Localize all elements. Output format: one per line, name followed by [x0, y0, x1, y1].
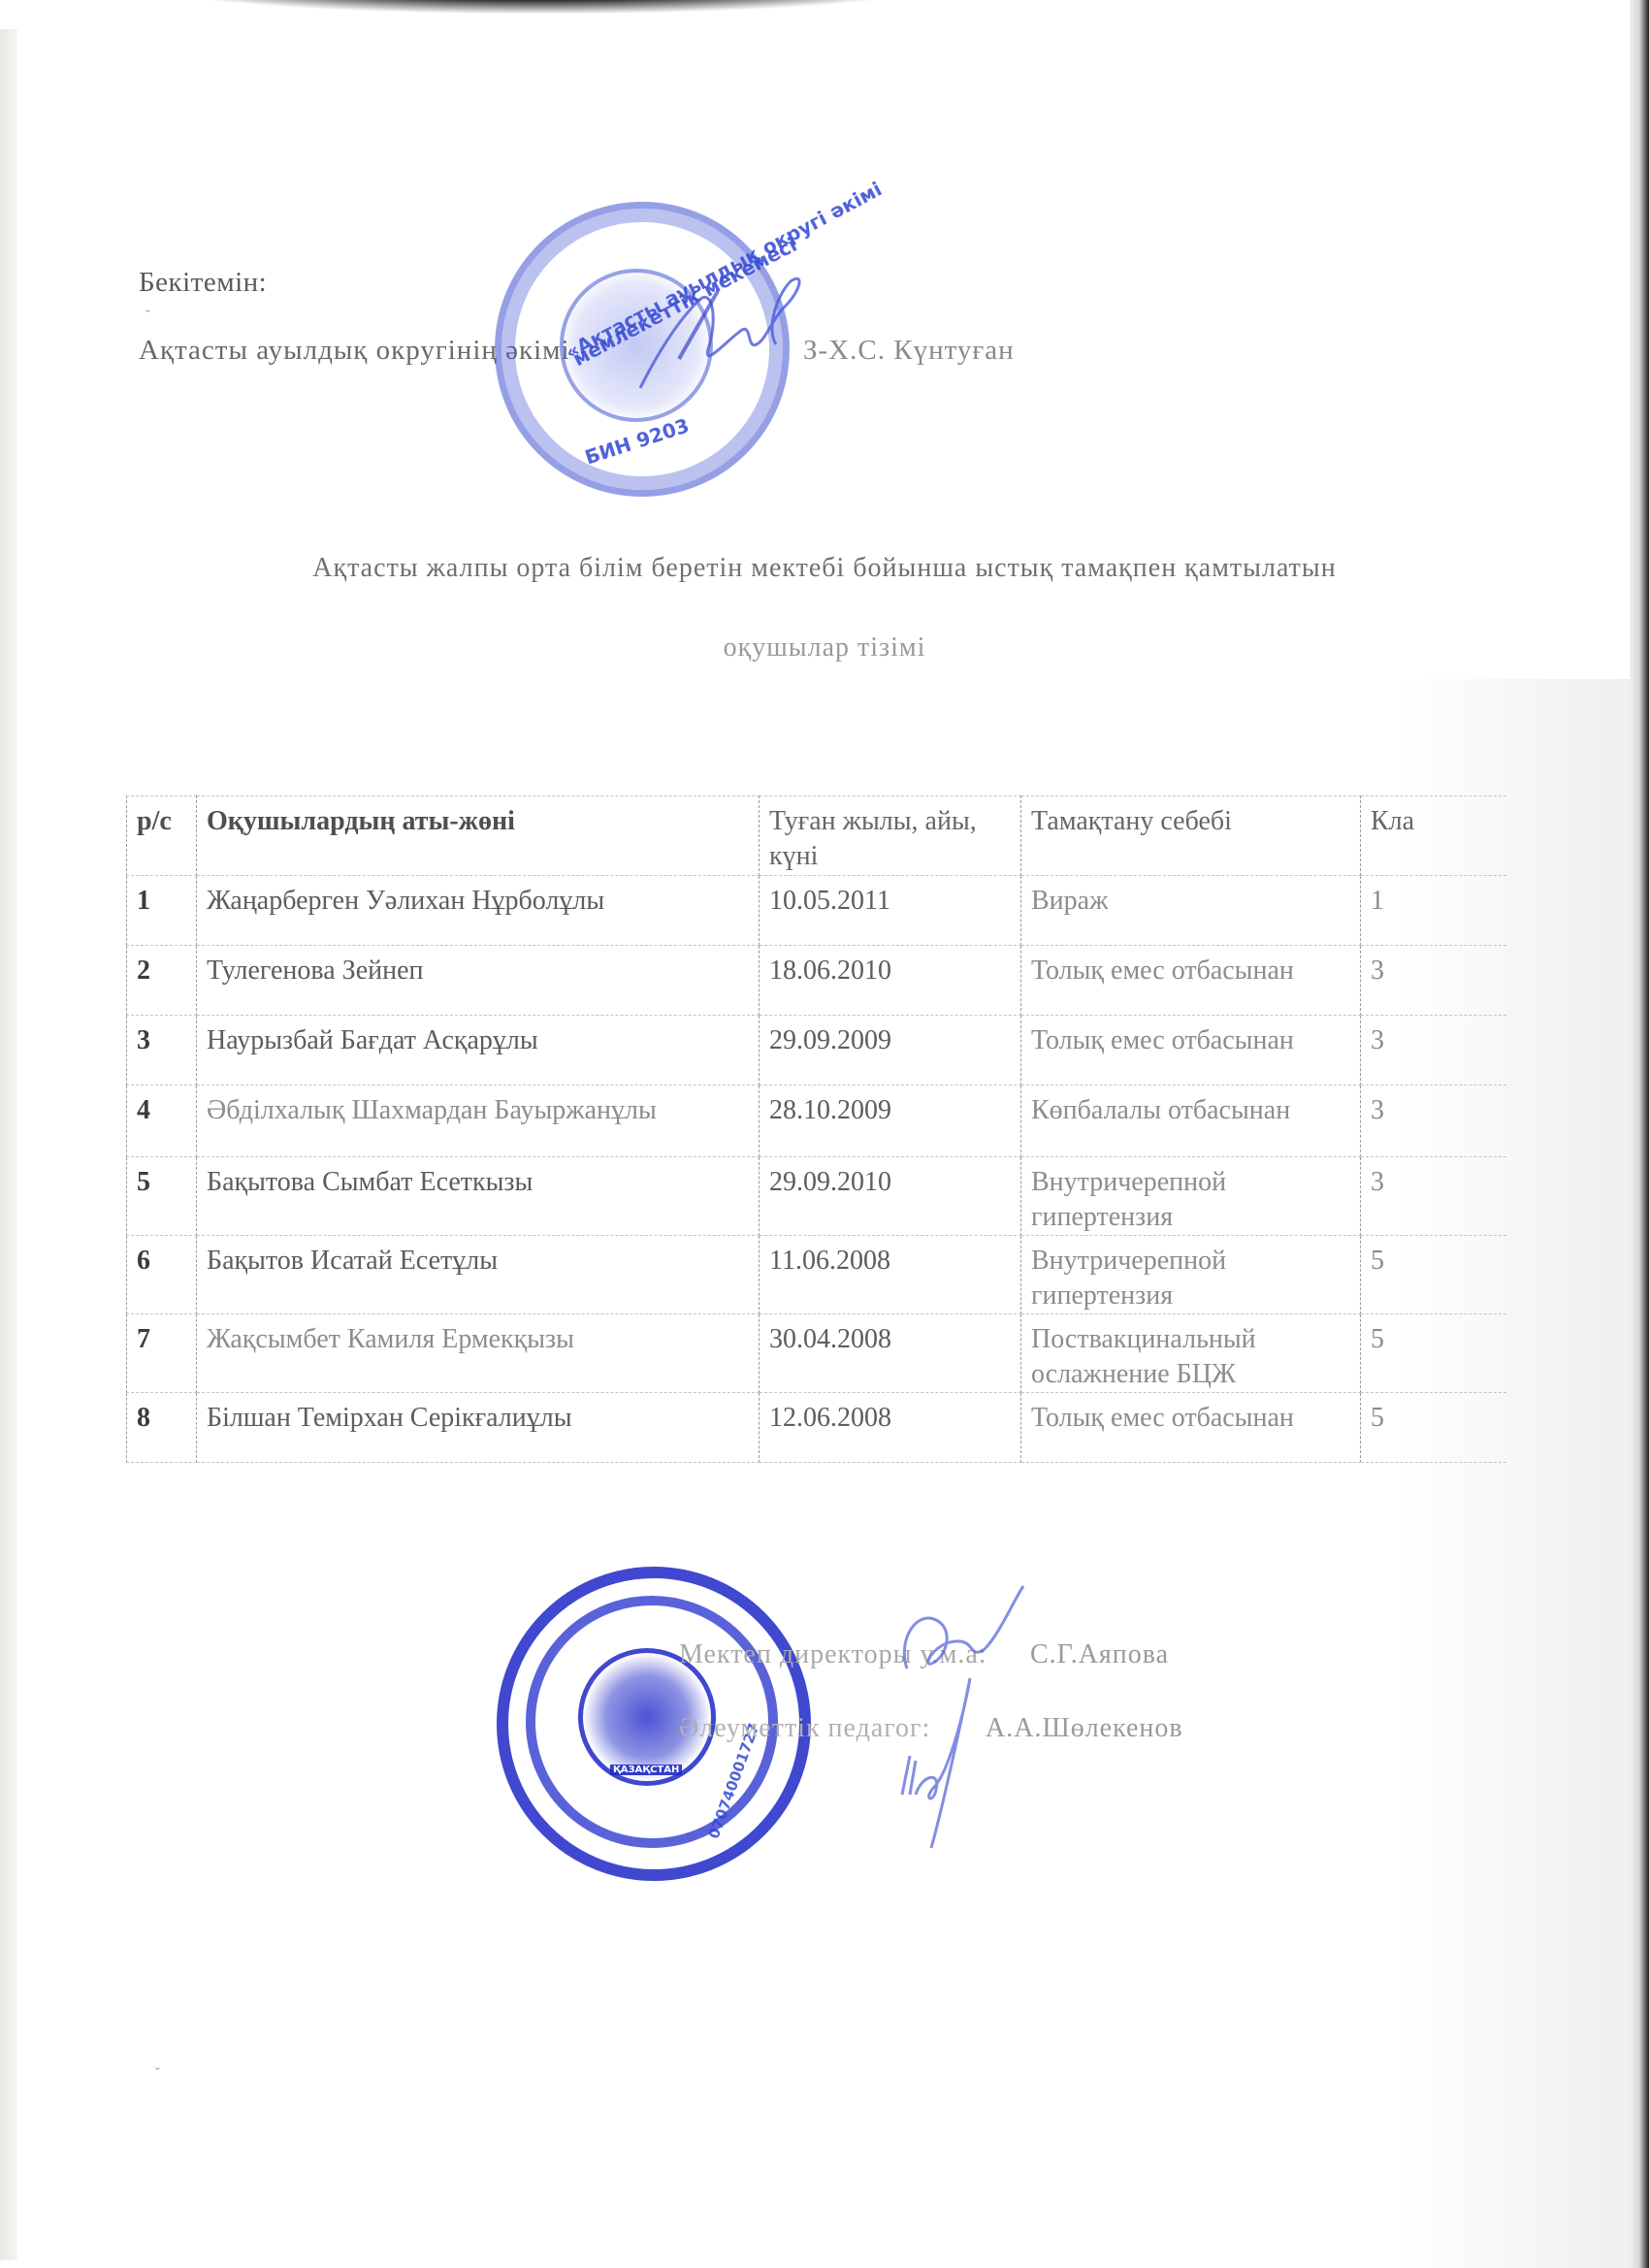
row-number: 7 [127, 1314, 197, 1393]
birth-date: 10.05.2011 [760, 876, 1021, 946]
document-title: Ақтасты жалпы орта білім беретін мектебі… [0, 553, 1649, 584]
birth-date: 29.09.2010 [760, 1157, 1021, 1236]
student-name: Бақытова Сымбат Есеткызы [197, 1157, 760, 1236]
student-name: Жаңарберген Уәлихан Нұрболұлы [197, 876, 760, 946]
student-class: 3 [1361, 946, 1506, 1016]
meal-reason: Толық емес отбасынан [1021, 1393, 1361, 1463]
meal-reason: Толық емес отбасынан [1021, 946, 1361, 1016]
table-row: 5Бақытова Сымбат Есеткызы29.09.2010Внутр… [127, 1157, 1506, 1236]
student-class: 1 [1361, 876, 1506, 946]
student-name: Білшан Темірхан Серікғалиұлы [197, 1393, 760, 1463]
table-row: 8Білшан Темірхан Серікғалиұлы12.06.2008Т… [127, 1393, 1506, 1463]
student-class: 5 [1361, 1236, 1506, 1314]
scan-mark: ˇ [145, 308, 150, 324]
row-number: 4 [127, 1085, 197, 1157]
row-number: 2 [127, 946, 197, 1016]
approver-signature [621, 262, 815, 407]
table-row: 1Жаңарберген Уәлихан Нұрболұлы10.05.2011… [127, 876, 1506, 946]
table-header-row: р/с Оқушылардың аты-жөні Туған жылы, айы… [127, 796, 1506, 876]
table-row: 7Жақсымбет Камиля Ермекқызы30.04.2008Пос… [127, 1314, 1506, 1393]
column-header-birth-date: Туған жылы, айы, күні [760, 796, 1021, 876]
table-row: 3Наурызбай Бағдат Асқарұлы29.09.2009Толы… [127, 1016, 1506, 1085]
meal-reason: Поствакцинальный ослажнение БЦЖ [1021, 1314, 1361, 1393]
table-row: 2Тулегенова Зейнеп18.06.2010Толық емес о… [127, 946, 1506, 1016]
page-edge-right [1630, 0, 1649, 2268]
row-number: 1 [127, 876, 197, 946]
document-subtitle: оқушылар тізімі [0, 632, 1649, 664]
birth-date: 11.06.2008 [760, 1236, 1021, 1314]
approver-name: З-Х.С. Күнтуған [803, 335, 1015, 367]
column-header-name: Оқушылардың аты-жөні [197, 796, 760, 876]
page-edge-left [0, 29, 17, 2260]
students-table: р/с Оқушылардың аты-жөні Туған жылы, айы… [126, 795, 1506, 1463]
meal-reason: Вираж [1021, 876, 1361, 946]
column-header-number: р/с [127, 796, 197, 876]
column-header-class: Кла [1361, 796, 1506, 876]
row-number: 6 [127, 1236, 197, 1314]
student-name: Наурызбай Бағдат Асқарұлы [197, 1016, 760, 1085]
birth-date: 30.04.2008 [760, 1314, 1021, 1393]
student-name: Әбділхалық Шахмардан Бауыржанұлы [197, 1085, 760, 1157]
meal-reason: Көпбалалы отбасынан [1021, 1085, 1361, 1157]
student-name: Жақсымбет Камиля Ермекқызы [197, 1314, 760, 1393]
student-class: 3 [1361, 1016, 1506, 1085]
student-class: 5 [1361, 1314, 1506, 1393]
birth-date: 28.10.2009 [760, 1085, 1021, 1157]
meal-reason: Толық емес отбасынан [1021, 1016, 1361, 1085]
approve-label: Бекітемін: [139, 267, 267, 299]
student-name: Бақытов Исатай Есетұлы [197, 1236, 760, 1314]
birth-date: 29.09.2009 [760, 1016, 1021, 1085]
meal-reason: Внутричерепной гипертензия [1021, 1236, 1361, 1314]
row-number: 5 [127, 1157, 197, 1236]
student-class: 3 [1361, 1157, 1506, 1236]
row-number: 8 [127, 1393, 197, 1463]
birth-date: 18.06.2010 [760, 946, 1021, 1016]
scan-mark: ˇ [155, 2066, 160, 2082]
student-class: 5 [1361, 1393, 1506, 1463]
row-number: 3 [127, 1016, 197, 1085]
table-row: 6Бақытов Исатай Есетұлы11.06.2008Внутрич… [127, 1236, 1506, 1314]
stamp-emblem-label: ҚАЗАҚСТАН [610, 1765, 682, 1775]
director-name: С.Г.Аяпова [1030, 1639, 1169, 1670]
meal-reason: Внутричерепной гипертензия [1021, 1157, 1361, 1236]
student-name: Тулегенова Зейнеп [197, 946, 760, 1016]
column-header-reason: Тамақтану себебі [1021, 796, 1361, 876]
table-row: 4Әбділхалық Шахмардан Бауыржанұлы28.10.2… [127, 1085, 1506, 1157]
pedagogue-signature [892, 1669, 1028, 1853]
birth-date: 12.06.2008 [760, 1393, 1021, 1463]
student-class: 3 [1361, 1085, 1506, 1157]
scan-shadow [136, 0, 873, 14]
